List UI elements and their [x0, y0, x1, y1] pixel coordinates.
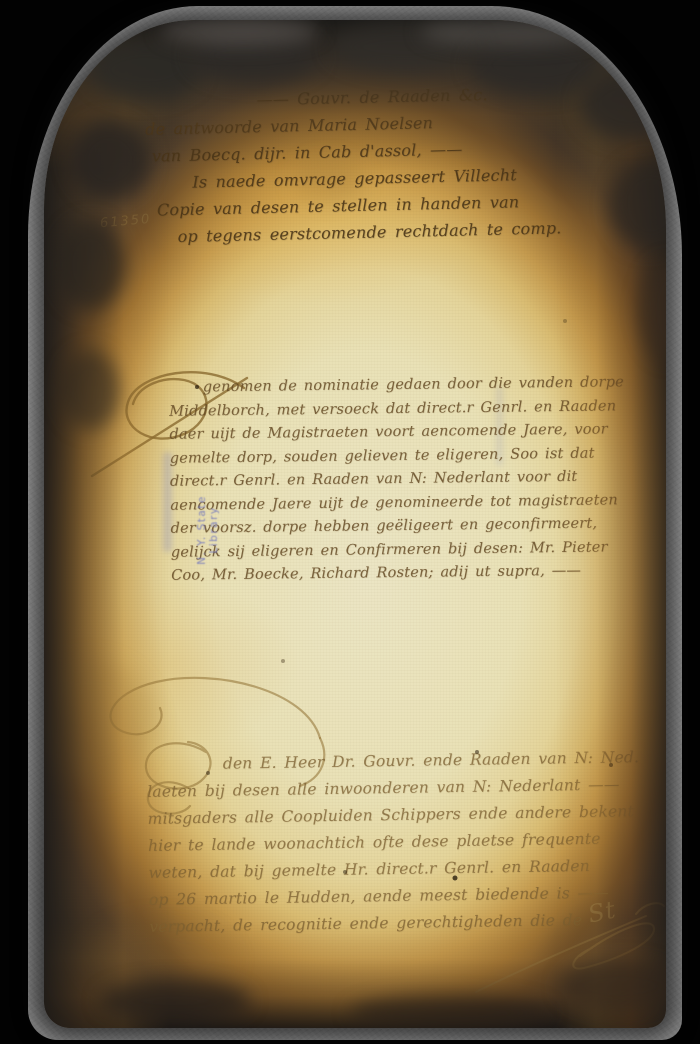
resolution-block: genomen de nominatie gedaen door die van… — [169, 371, 627, 588]
annotation-block: —— Gouvr. de Raaden &c. de antwoorde van… — [144, 79, 562, 250]
signature-paraph: St — [585, 895, 618, 928]
char-blob — [640, 260, 666, 360]
char-blob — [160, 20, 320, 46]
manuscript-line: Coo, Mr. Boecke, Richard Rosten; adij ut… — [171, 559, 626, 588]
manuscript-page: —— Gouvr. de Raaden &c. de antwoorde van… — [44, 20, 666, 1028]
char-blob — [610, 160, 666, 250]
photo-backdrop: —— Gouvr. de Raaden &c. de antwoorde van… — [0, 0, 700, 1044]
char-blob — [70, 120, 150, 200]
char-blob — [55, 220, 125, 310]
signature-flourish — [468, 888, 666, 1008]
pencil-inventory-number: 61350 — [99, 212, 151, 231]
library-stamp: N. Y. State Library — [196, 472, 220, 588]
char-blob — [330, 22, 480, 72]
ink-specks — [44, 20, 46, 22]
char-blob — [190, 28, 320, 83]
